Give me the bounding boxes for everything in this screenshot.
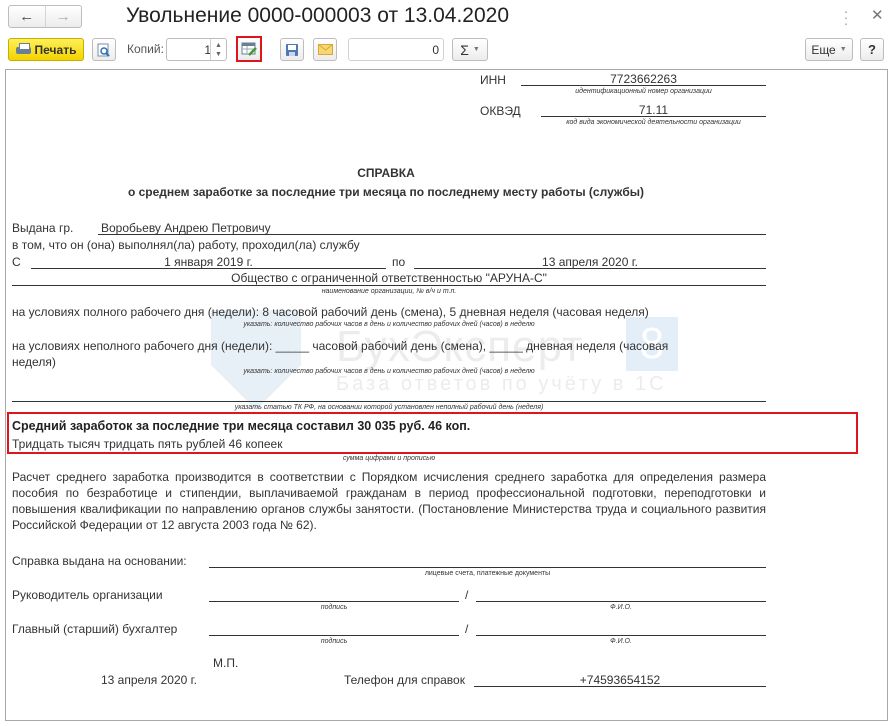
average-earnings: Средний заработок за последние три месяц…: [12, 419, 470, 433]
sum-button[interactable]: Σ ▼: [452, 38, 488, 61]
accountant-label: Главный (старший) бухгалтер: [12, 622, 177, 636]
article-caption: указать статью ТК РФ, на основании котор…: [12, 404, 766, 411]
help-button[interactable]: ?: [860, 38, 884, 61]
head-signature-caption: подпись: [209, 604, 459, 611]
more-actions-button[interactable]: ···: [843, 8, 849, 26]
certificate-subheading: о среднем заработке за последние три мес…: [6, 185, 766, 199]
part-time-conditions-line2: неделя): [12, 355, 56, 369]
copies-label: Копий:: [127, 42, 164, 56]
inn-caption: идентификационный номер организации: [521, 88, 766, 95]
from-date: 1 января 2019 г.: [31, 255, 386, 269]
sum-caption: сумма цифрами и прописью: [12, 455, 766, 462]
chevron-down-icon[interactable]: ▼: [215, 50, 222, 59]
copies-input[interactable]: [169, 41, 211, 58]
floppy-disk-icon: [285, 43, 299, 57]
okved-value: 71.11: [541, 103, 766, 117]
window-title: Увольнение 0000-000003 от 13.04.2020: [126, 4, 509, 28]
organization-caption: наименование организации, № в/ч и т.п.: [12, 288, 766, 295]
inn-value: 7723662263: [521, 72, 766, 86]
basis-label: Справка выдана на основании:: [12, 554, 187, 568]
certificate-heading: СПРАВКА: [6, 166, 766, 180]
caret-down-icon: ▼: [840, 46, 847, 53]
copies-stepper[interactable]: ▲▼: [166, 38, 227, 61]
phone-value: +74593654152: [474, 673, 766, 687]
edit-table-button[interactable]: [236, 36, 262, 62]
accountant-signature-caption: подпись: [209, 638, 459, 645]
basis-caption: лицевые счета, платежные документы: [209, 570, 766, 577]
average-earnings-words: Тридцать тысяч тридцать пять рублей 46 к…: [12, 437, 282, 451]
printer-icon: [16, 43, 31, 56]
issued-label: Выдана гр.: [12, 221, 73, 235]
issue-date: 13 апреля 2020 г.: [101, 673, 197, 687]
to-label: по: [392, 255, 405, 269]
head-slash: /: [465, 588, 468, 602]
inn-label: ИНН: [480, 73, 506, 87]
organization-name: Общество с ограниченной ответственностью…: [12, 271, 766, 285]
part-time-conditions-line1: на условиях неполного рабочего дня (неде…: [12, 339, 668, 353]
arrow-right-icon: →: [56, 8, 71, 25]
save-button[interactable]: [280, 38, 304, 61]
navigation-buttons: ← →: [8, 5, 82, 28]
print-button-label: Печать: [35, 43, 77, 57]
print-button[interactable]: Печать: [8, 38, 84, 61]
sigma-icon: Σ: [460, 42, 469, 58]
full-time-caption: указать: количество рабочих часов в день…: [12, 321, 766, 328]
forward-button[interactable]: →: [45, 6, 82, 27]
okved-caption: код вида экономической деятельности орга…: [541, 119, 766, 126]
envelope-icon: [318, 44, 333, 55]
copies-spin-buttons[interactable]: ▲▼: [210, 39, 226, 60]
work-description: в том, что он (она) выполнял(ла) работу,…: [12, 238, 360, 252]
send-email-button[interactable]: [313, 38, 337, 61]
caret-down-icon: ▼: [473, 46, 480, 53]
accountant-slash: /: [465, 622, 468, 636]
stamp-label: М.П.: [213, 656, 238, 670]
full-time-conditions: на условиях полного рабочего дня (недели…: [12, 305, 649, 319]
vertical-dots-icon: ···: [844, 3, 849, 31]
chevron-up-icon[interactable]: ▲: [215, 41, 222, 50]
okved-label: ОКВЭД: [480, 104, 521, 118]
arrow-left-icon: ←: [19, 8, 34, 25]
to-date: 13 апреля 2020 г.: [414, 255, 766, 269]
print-preview-button[interactable]: [92, 38, 116, 61]
calculation-paragraph: Расчет среднего заработка производится в…: [12, 469, 766, 533]
head-label: Руководитель организации: [12, 588, 163, 602]
more-button[interactable]: Еще ▼: [805, 38, 853, 61]
from-label: С: [12, 255, 21, 269]
close-button[interactable]: ✕: [871, 6, 884, 24]
accountant-name-caption: Ф.И.О.: [476, 638, 766, 645]
document-viewer[interactable]: БухЭксперт 8 База ответов по учёту в 1С …: [5, 69, 888, 721]
phone-label: Телефон для справок: [344, 673, 465, 687]
edit-table-icon: [241, 42, 257, 56]
print-preview-icon: [97, 43, 111, 57]
head-name-caption: Ф.И.О.: [476, 604, 766, 611]
more-button-label: Еще: [811, 43, 835, 57]
back-button[interactable]: ←: [9, 6, 45, 27]
sum-field[interactable]: 0: [348, 38, 444, 61]
issued-to-value: Воробьеву Андрею Петровичу: [101, 221, 271, 235]
part-time-caption: указать: количество рабочих часов в день…: [12, 368, 766, 375]
close-icon: ✕: [871, 7, 884, 24]
